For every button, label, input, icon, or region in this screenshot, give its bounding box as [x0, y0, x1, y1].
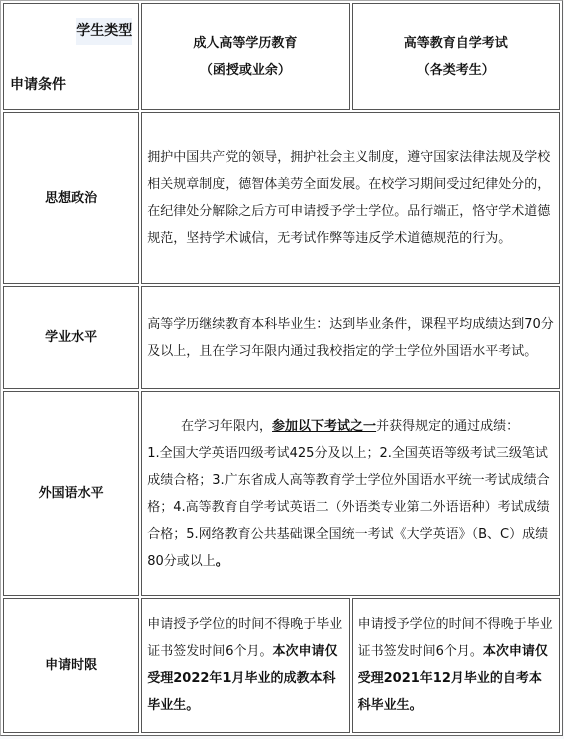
academic-requirement-text: 高等学历继续教育本科毕业生：达到毕业条件，课程平均成绩达到70分及以上，且在学习… [141, 286, 560, 389]
column-header-adult-education: 成人高等学历教育 （函授或业余） [141, 3, 349, 110]
row-politics: 思想政治 拥护中国共产党的领导，拥护社会主义制度，遵守国家法律法规及学校相关规章… [3, 112, 560, 284]
row-label-deadline: 申请时限 [3, 598, 139, 733]
language-requirement-cell: 在学习年限内，参加以下考试之一并获得规定的通过成绩：1.全国大学英语四级考试42… [141, 391, 560, 596]
row-academic: 学业水平 高等学历继续教育本科毕业生：达到毕业条件，课程平均成绩达到70分及以上… [3, 286, 560, 389]
intro-text: 在学习年限内， [181, 419, 272, 434]
corner-header-cell: 学生类型 申请条件 [3, 3, 139, 110]
deadline-self-study-exam: 申请授予学位的时间不得晚于毕业证书签发时间6个月。本次申请仅受理2021年12月… [352, 598, 560, 733]
row-label-academic: 学业水平 [3, 286, 139, 389]
degree-requirements-table: 学生类型 申请条件 成人高等学历教育 （函授或业余） 高等教育自学考试 （各类考… [0, 0, 563, 736]
column-subtitle: （函授或业余） [147, 57, 343, 84]
language-exam-list: 1.全国大学英语四级考试425分及以上；2.全国英语等级考试三级笔试成绩合格；3… [147, 446, 549, 569]
column-title: 高等教育自学考试 [358, 30, 554, 57]
end-mark: 。 [216, 554, 229, 569]
row-language: 外国语水平 在学习年限内，参加以下考试之一并获得规定的通过成绩：1.全国大学英语… [3, 391, 560, 596]
row-label-language: 外国语水平 [3, 391, 139, 596]
row-deadline: 申请时限 申请授予学位的时间不得晚于毕业证书签发时间6个月。本次申请仅受理202… [3, 598, 560, 733]
row-label-politics: 思想政治 [3, 112, 139, 284]
column-title: 成人高等学历教育 [147, 30, 343, 57]
deadline-adult-education: 申请授予学位的时间不得晚于毕业证书签发时间6个月。本次申请仅受理2022年1月毕… [141, 598, 349, 733]
header-row: 学生类型 申请条件 成人高等学历教育 （函授或业余） 高等教育自学考试 （各类考… [3, 3, 560, 110]
student-type-label: 学生类型 [76, 18, 132, 45]
intro-emphasis: 参加以下考试之一 [272, 419, 376, 434]
page: 学生类型 申请条件 成人高等学历教育 （函授或业余） 高等教育自学考试 （各类考… [0, 0, 564, 739]
column-header-self-study-exam: 高等教育自学考试 （各类考生） [352, 3, 560, 110]
language-intro: 在学习年限内，参加以下考试之一并获得规定的通过成绩： [147, 413, 554, 440]
column-subtitle: （各类考生） [358, 57, 554, 84]
intro-text-after: 并获得规定的通过成绩： [376, 419, 519, 434]
conditions-label: 申请条件 [10, 72, 66, 99]
politics-requirement-text: 拥护中国共产党的领导，拥护社会主义制度，遵守国家法律法规及学校相关规章制度，德智… [141, 112, 560, 284]
